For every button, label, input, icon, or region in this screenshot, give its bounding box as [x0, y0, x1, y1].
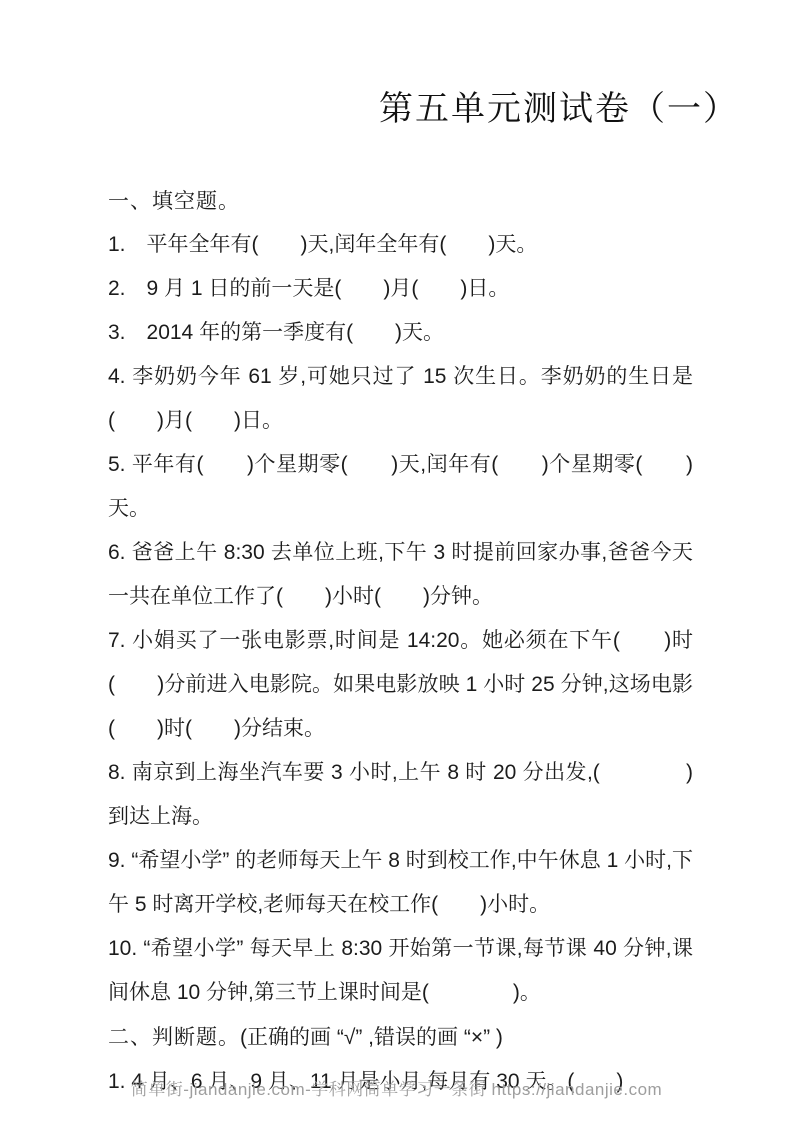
section-2-heading-label: 二、判断题。 [108, 1025, 240, 1049]
question-item: 3. 2014 年的第一季度有( )天。 [108, 311, 693, 355]
page-title: 第五单元测试卷（一） [0, 0, 793, 131]
question-item: 6. 爸爸上午 8:30 去单位上班,下午 3 时提前回家办事,爸爸今天一共在单… [108, 531, 693, 619]
section-1-heading: 一、填空题。 [108, 179, 693, 223]
watermark-footer: 简单街-jiandanjie.com-学科网简单学习一条街 https://ji… [0, 1075, 793, 1100]
section-2-heading: 二、判断题。(正确的画 “√” ,错误的画 “×” ) [108, 1015, 693, 1060]
section-2-heading-note: (正确的画 “√” ,错误的画 “×” ) [240, 1026, 503, 1049]
section-1-heading-label: 一、填空题。 [108, 189, 240, 213]
question-item: 4. 李奶奶今年 61 岁,可她只过了 15 次生日。李奶奶的生日是( )月( … [108, 355, 693, 443]
question-item: 5. 平年有( )个星期零( )天,闰年有( )个星期零( )天。 [108, 443, 693, 531]
question-item: 8. 南京到上海坐汽车要 3 小时,上午 8 时 20 分出发,( )到达上海。 [108, 751, 693, 839]
question-item: 7. 小娟买了一张电影票,时间是 14:20。她必须在下午( )时( )分前进入… [108, 619, 693, 751]
question-item: 2. 9 月 1 日的前一天是( )月( )日。 [108, 267, 693, 311]
question-item: 1. 平年全年有( )天,闰年全年有( )天。 [108, 223, 693, 267]
test-paper-page: 第五单元测试卷（一） 一、填空题。 1. 平年全年有( )天,闰年全年有( )天… [0, 0, 793, 1122]
question-item: 9. “希望小学” 的老师每天上午 8 时到校工作,中午休息 1 小时,下午 5… [108, 839, 693, 927]
question-content: 一、填空题。 1. 平年全年有( )天,闰年全年有( )天。 2. 9 月 1 … [0, 179, 793, 1104]
question-item: 10. “希望小学” 每天早上 8:30 开始第一节课,每节课 40 分钟,课间… [108, 927, 693, 1015]
